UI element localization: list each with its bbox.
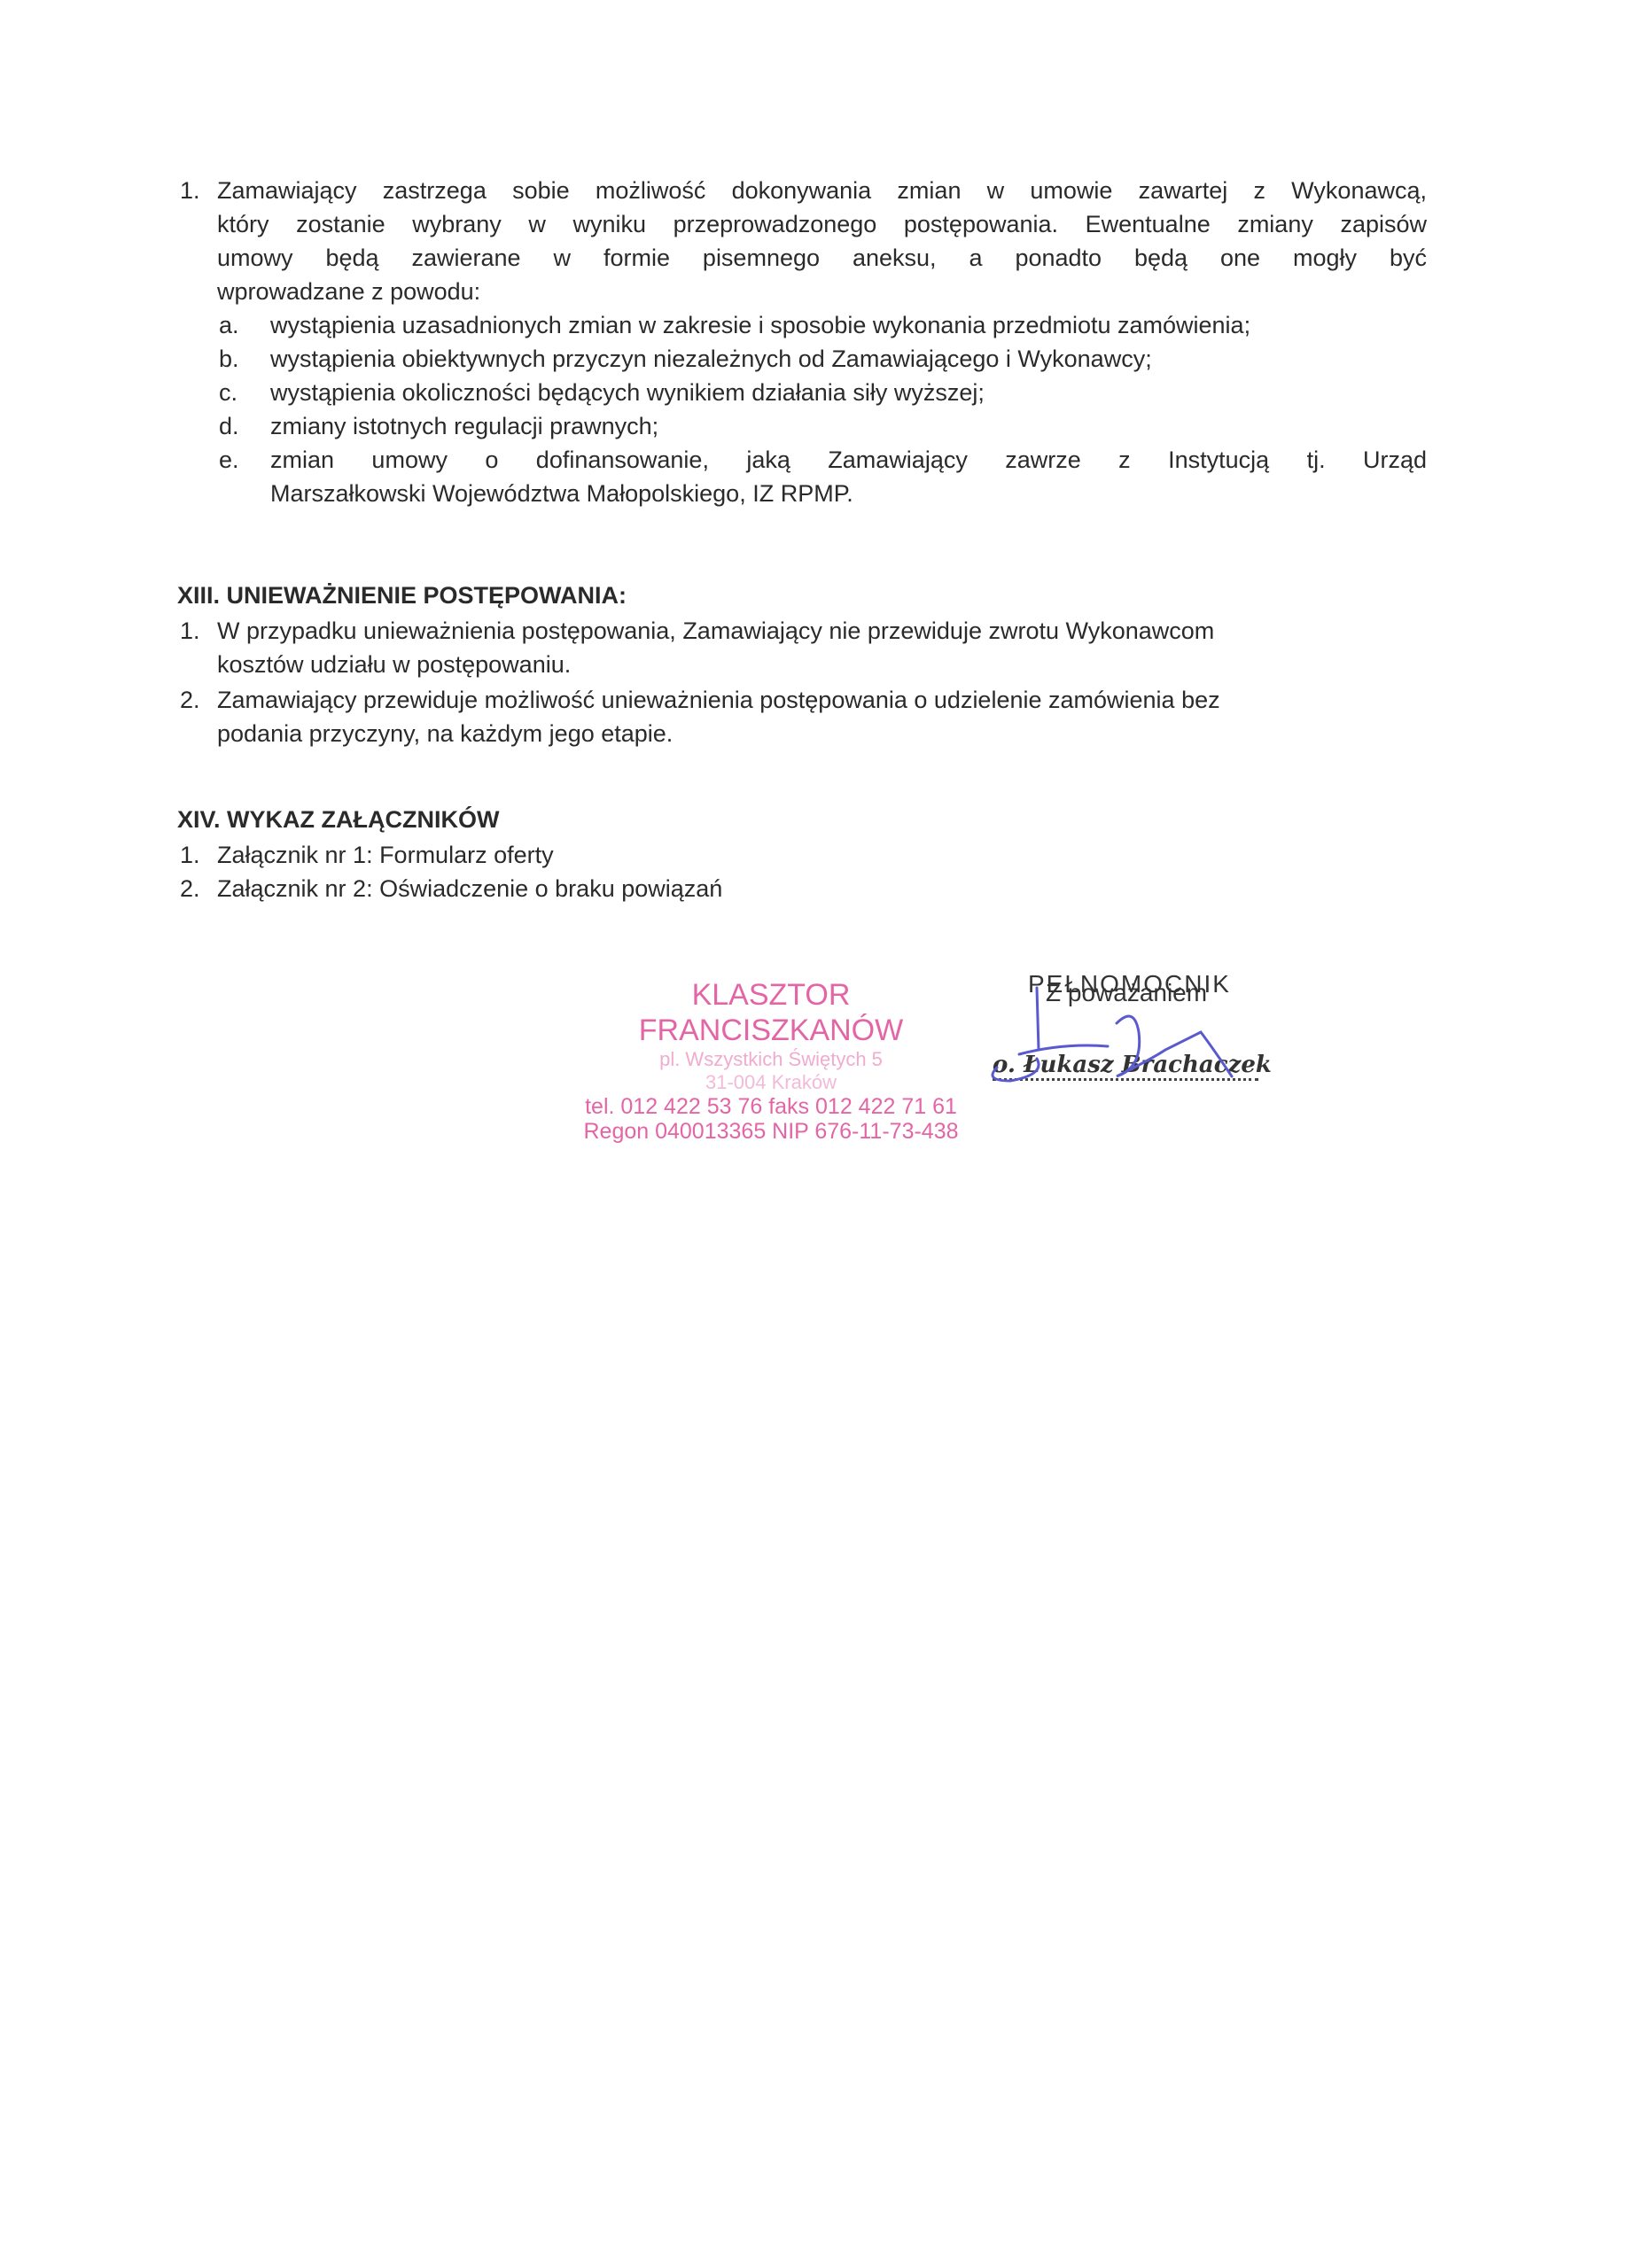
- section-heading: XIV. WYKAZ ZAŁĄCZNIKÓW: [177, 803, 500, 836]
- sub-item-a: wystąpienia uzasadnionych zmian w zakres…: [270, 308, 1250, 342]
- sub-item-letter: a.: [219, 308, 239, 342]
- sub-item-letter: e.: [219, 443, 239, 477]
- xiii-item-1-line-1: W przypadku unieważnienia postępowania, …: [217, 614, 1214, 648]
- sub-item-letter: d.: [219, 409, 239, 443]
- sub-item-b: wystąpienia obiektywnych przyczyn niezal…: [270, 342, 1152, 376]
- signature-block: PEŁNOMOCNIK Z poważaniem o. Łukasz Brach…: [984, 970, 1303, 1112]
- stamp-ids: Regon 040013365 NIP 676-11-73-438: [567, 1119, 975, 1144]
- xiii-item-2-line-1: Zamawiający przewiduje możliwość unieważ…: [217, 683, 1220, 717]
- stamp-name: KLASZTOR FRANCISZKANÓW: [567, 977, 975, 1048]
- sub-item-c: wystąpienia okoliczności będących wyniki…: [270, 376, 985, 409]
- sub-item-e-line-2: Marszałkowski Województwa Małopolskiego,…: [270, 477, 853, 510]
- attachment-2: Załącznik nr 2: Oświadczenie o braku pow…: [217, 872, 722, 905]
- item-number: 1.: [180, 838, 200, 872]
- sub-item-d: zmiany istotnych regulacji prawnych;: [270, 409, 658, 443]
- stamp-contact: tel. 012 422 53 76 faks 012 422 71 61: [567, 1094, 975, 1119]
- stamp-address-line-2: 31-004 Kraków: [567, 1071, 975, 1094]
- item-1-line-1: Zamawiający zastrzega sobie możliwość do…: [217, 174, 1427, 207]
- item-number: 2.: [180, 683, 200, 717]
- sub-item-e-line-1: zmian umowy o dofinansowanie, jaką Zamaw…: [270, 443, 1427, 477]
- handwritten-signature-icon: [984, 970, 1303, 1112]
- item-1-line-3: umowy będą zawierane w formie pisemnego …: [217, 241, 1427, 275]
- item-1-line-2: który zostanie wybrany w wyniku przeprow…: [217, 207, 1427, 241]
- item-number: 1.: [180, 174, 200, 207]
- item-1-line-4: wprowadzane z powodu:: [217, 275, 480, 308]
- sub-item-letter: b.: [219, 342, 239, 376]
- item-number: 2.: [180, 872, 200, 905]
- attachment-1: Załącznik nr 1: Formularz oferty: [217, 838, 554, 872]
- organization-stamp: KLASZTOR FRANCISZKANÓW pl. Wszystkich Św…: [567, 977, 975, 1144]
- sub-item-letter: c.: [219, 376, 237, 409]
- stamp-address-line-1: pl. Wszystkich Świętych 5: [567, 1048, 975, 1071]
- item-number: 1.: [180, 614, 200, 648]
- xiii-item-1-line-2: kosztów udziału w postępowaniu.: [217, 648, 571, 681]
- section-heading: XIII. UNIEWAŻNIENIE POSTĘPOWANIA:: [177, 579, 627, 612]
- xiii-item-2-line-2: podania przyczyny, na każdym jego etapie…: [217, 717, 673, 750]
